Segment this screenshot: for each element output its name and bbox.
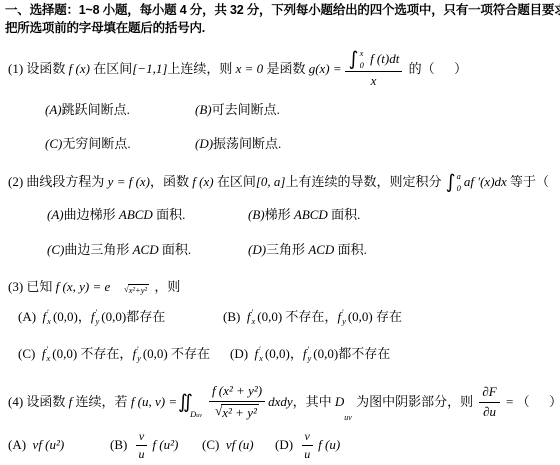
fx-prime: f′x — [247, 308, 257, 326]
exponent: √ x²+y² — [111, 273, 149, 306]
option-3B: (B) f′x (0,0) 不存在， f′y (0,0) 存在 — [223, 308, 402, 326]
q2-integrand: af ′(x)dx — [464, 174, 507, 190]
option-text: 面积. — [159, 242, 192, 258]
option-label: (B) — [223, 309, 247, 325]
q4-mid3-text: 为图中阴影部分，则 — [353, 394, 477, 410]
q1-integrand: f (t)dt — [367, 51, 400, 67]
q4-mid1-text: 连续，若 — [72, 394, 131, 410]
option-tail-text: 存在 — [373, 309, 402, 325]
arg-text: (0,0) — [101, 309, 126, 325]
section-header-line2: 把所选项前的字母填在题后的括号内. — [5, 21, 205, 37]
option-2D: (D) 三角形 ACD 面积. — [248, 242, 367, 258]
f-symbol: f — [91, 309, 95, 325]
question-2-stem: (2) 曲线段方程为 y = f (x) ，函数 f (x) 在区间 [0, a… — [8, 165, 560, 199]
fy-prime: f′y — [91, 308, 101, 326]
f-symbol: f — [132, 346, 136, 362]
radicand: x² + y² — [221, 404, 259, 421]
option-label: (D) — [230, 346, 255, 362]
denominator-u: u — [139, 446, 145, 462]
q1-options-row-1: (A) 跳跃间断点. (B) 可去间断点. — [45, 102, 280, 118]
f-symbol: f — [42, 346, 46, 362]
q4-pre-text: (4) 设函数 — [8, 394, 69, 410]
q3-f-equals-e: f (x, y) = e — [56, 279, 111, 295]
option-label: (A) — [8, 437, 33, 453]
numerator-v: v — [136, 429, 147, 446]
option-label: (C) — [47, 242, 64, 258]
fx-prime: f′x — [42, 345, 52, 363]
question-3-stem: (3) 已知 f (x, y) = e √ x²+y² ，则 — [8, 274, 180, 300]
q1-interval: [−1,1] — [132, 61, 167, 77]
option-3C: (C) f′x (0,0) 不存在， f′y (0,0) 不存在 — [18, 345, 230, 363]
option-text: 曲边梯形 — [64, 207, 119, 223]
option-label: (B) — [248, 207, 265, 223]
option-expression: f (u) — [315, 437, 340, 453]
q4-fraction: f (x² + y²) √ x² + y² — [209, 383, 265, 421]
option-tail-text: 都存在 — [126, 309, 165, 325]
option-mid-text: ， — [290, 346, 303, 362]
option-2A: (A) 曲边梯形 ABCD 面积. — [47, 207, 248, 223]
option-label: (C) — [18, 346, 42, 362]
q1-fx: f (x) — [69, 61, 90, 77]
option-text: 振荡间断点. — [213, 136, 281, 152]
option-text: 曲边三角形 — [64, 242, 132, 258]
q2-fx: f (x) — [192, 174, 213, 190]
q1-denominator: x — [371, 72, 377, 89]
option-text: 梯形 — [265, 207, 294, 223]
f-symbol: f — [247, 309, 251, 325]
option-3D: (D) f′x (0,0) ， f′y (0,0) 都不存在 — [230, 345, 390, 363]
arg-text: (0,0) — [265, 346, 290, 362]
option-label: (D) — [195, 136, 213, 152]
y-subscript: y — [342, 317, 346, 326]
fy-prime: f′y — [337, 308, 347, 326]
option-4B: (B) vu f (u²) — [110, 430, 202, 460]
option-expression: f (u²) — [149, 437, 178, 453]
q4-options-row: (A) vf (u²) (B) vu f (u²) (C) vf (u) (D)… — [8, 430, 340, 460]
option-mid-text: 不存在， — [282, 309, 337, 325]
x-subscript: x — [46, 354, 50, 363]
f-symbol: f — [43, 309, 47, 325]
q3-options-row-2: (C) f′x (0,0) 不存在， f′y (0,0) 不存在 (D) f′x… — [18, 345, 390, 363]
sup-sub-stack: ′x — [251, 308, 255, 326]
integral-sign: ∫ — [446, 173, 456, 192]
option-label: (A) — [47, 207, 64, 223]
option-text: 可去间断点. — [212, 102, 280, 118]
arg-text: (0,0) — [52, 346, 77, 362]
option-label: (C) — [202, 437, 226, 453]
option-tail-text: 都不存在 — [338, 346, 390, 362]
q1-x-equals-zero: x = 0 — [236, 61, 264, 77]
f-symbol: f — [303, 346, 307, 362]
option-1C: (C) 无穷间断点. — [45, 136, 195, 152]
option-math: ACD — [133, 242, 159, 258]
option-text: 跳跃间断点. — [62, 102, 130, 118]
q2-y-equals-fx: y = f (x) — [108, 174, 150, 190]
upper-limit: a — [457, 172, 461, 181]
q1-post-text: 的（ ） — [405, 61, 467, 77]
fx-prime: f′x — [255, 345, 265, 363]
q2-interval: [0, a] — [256, 174, 286, 190]
option-text: 面积. — [328, 207, 361, 223]
sqrt: √ x²+y² — [124, 284, 149, 296]
sup-sub-stack: ′y — [308, 345, 312, 363]
arg-text: (0,0) — [53, 309, 78, 325]
option-text: 三角形 — [266, 242, 308, 258]
option-label: (C) — [45, 136, 62, 152]
option-mid-text: 不存在， — [77, 346, 132, 362]
arg-text: (0,0) — [348, 309, 373, 325]
lower-limit: 0 — [360, 61, 364, 70]
region-d: D — [335, 394, 344, 410]
option-1A: (A) 跳跃间断点. — [45, 102, 195, 118]
q2-mid2-text: 在区间 — [214, 174, 256, 190]
arg-text: (0,0) — [143, 346, 168, 362]
q1-options-row-2: (C) 无穷间断点. (D) 振荡间断点. — [45, 136, 281, 152]
integral-domain-subscript: Duv — [190, 410, 202, 419]
option-4D: (D) vu f (u) — [275, 430, 340, 460]
option-label: (A) — [18, 309, 43, 325]
q3-options-row-1: (A) f′x (0,0) ， f′y (0,0) 都存在 (B) f′x (0… — [18, 308, 402, 326]
q4-mid2-text: ，其中 — [293, 394, 335, 410]
integral-limits: x 0 — [360, 49, 364, 70]
option-math: ABCD — [119, 207, 153, 223]
integral: ∫ x 0 — [349, 49, 366, 70]
sup-sub-stack: ′x — [47, 308, 51, 326]
option-text: 面积. — [153, 207, 186, 223]
upper-limit: x — [360, 49, 364, 58]
q2-post-text: 等于（ ） — [507, 174, 560, 190]
region-d-subscript: uv — [344, 413, 352, 423]
x-subscript: x — [47, 317, 51, 326]
x-subscript: x — [251, 317, 255, 326]
q4-post-text: = （ ） — [503, 394, 560, 410]
q2-options-row-2: (C) 曲边三角形 ACD 面积. (D) 三角形 ACD 面积. — [47, 242, 367, 258]
section-header-line1: 一、选择题：1~8 小题，每小题 4 分，共 32 分，下列每小题给出的四个选项… — [5, 3, 560, 19]
y-subscript: y — [137, 354, 141, 363]
q1-pre-text: (1) 设函数 — [8, 61, 69, 77]
y-subscript: y — [308, 354, 312, 363]
q2-mid1-text: ，函数 — [150, 174, 192, 190]
sup-sub-stack: ′y — [96, 308, 100, 326]
q3-pre-text: (3) 已知 — [8, 279, 56, 295]
f-symbol: f — [337, 309, 341, 325]
sup-sub-stack: ′y — [137, 345, 141, 363]
sup-sub-stack: ′x — [259, 345, 263, 363]
v-over-u-fraction: vu — [136, 429, 147, 462]
fy-prime: f′y — [132, 345, 142, 363]
radicand: x²+y² — [128, 284, 149, 296]
q2-options-row-1: (A) 曲边梯形 ABCD 面积. (B) 梯形 ABCD 面积. — [47, 207, 360, 223]
q1-g-equals: g(x) = — [309, 61, 342, 77]
q1-fraction: ∫ x 0 f (t)dt x — [345, 49, 403, 89]
option-expression: vf (u²) — [33, 437, 65, 453]
f-symbol: f — [255, 346, 259, 362]
fx-prime: f′x — [43, 308, 53, 326]
fy-prime: f′y — [303, 345, 313, 363]
q4-f-uv-equals: f (u, v) = — [131, 394, 177, 410]
arg-text: (0,0) — [257, 309, 282, 325]
arg-text: (0,0) — [313, 346, 338, 362]
q2-mid3-text: 上有连续的导数，则定积分 — [285, 174, 444, 190]
y-subscript: y — [96, 317, 100, 326]
numerator-v: v — [302, 429, 313, 446]
question-1-stem: (1) 设函数 f (x) 在区间 [−1,1] 上连续，则 x = 0 是函数… — [8, 46, 467, 92]
option-text: 无穷间断点. — [62, 136, 130, 152]
option-1B: (B) 可去间断点. — [195, 102, 280, 118]
q1-mid1-text: 在区间 — [90, 61, 132, 77]
sup-sub-stack: ′y — [342, 308, 346, 326]
option-2B: (B) 梯形 ABCD 面积. — [248, 207, 360, 223]
option-mid-text: ， — [78, 309, 91, 325]
option-2C: (C) 曲边三角形 ACD 面积. — [47, 242, 248, 258]
option-math: ABCD — [294, 207, 328, 223]
partial-derivative-fraction: ∂F ∂u — [479, 384, 499, 420]
option-4A: (A) vf (u²) — [8, 430, 110, 460]
q3-post-text: ，则 — [151, 279, 180, 295]
partial-f-numerator: ∂F — [479, 384, 499, 402]
option-label: (D) — [248, 242, 266, 258]
q1-mid2-text: 上连续，则 — [167, 61, 235, 77]
q4-numerator: f (x² + y²) — [209, 383, 265, 401]
integral: ∫ a 0 — [446, 172, 463, 193]
q4-dxdy: dxdy — [268, 394, 293, 410]
option-math: ACD — [308, 242, 334, 258]
option-label: (A) — [45, 102, 62, 118]
option-label: (B) — [195, 102, 212, 118]
option-3A: (A) f′x (0,0) ， f′y (0,0) 都存在 — [18, 308, 223, 326]
q2-pre-text: (2) 曲线段方程为 — [8, 174, 108, 190]
option-4C: (C) vf (u) — [202, 430, 275, 460]
option-text: 面积. — [334, 242, 367, 258]
option-label: (D) — [275, 437, 300, 453]
sup-sub-stack: ′x — [46, 345, 50, 363]
double-integral: ∬ Duv — [178, 393, 205, 412]
v-over-u-fraction: vu — [302, 429, 313, 462]
sqrt: √ x² + y² — [215, 403, 259, 421]
lower-limit: 0 — [457, 184, 461, 193]
option-1D: (D) 振荡间断点. — [195, 136, 281, 152]
denominator-u: u — [304, 446, 310, 462]
integral-sign: ∫ — [349, 50, 359, 69]
integral-limits: a 0 — [457, 172, 461, 193]
q4-denominator: √ x² + y² — [215, 402, 259, 421]
q1-mid3-text: 是函数 — [263, 61, 309, 77]
q1-numerator: ∫ x 0 f (t)dt — [345, 49, 403, 72]
option-tail-text: 不存在 — [168, 346, 210, 362]
question-4-stem: (4) 设函数 f 连续，若 f (u, v) = ∬ Duv f (x² + … — [8, 380, 560, 424]
option-label: (B) — [110, 437, 134, 453]
option-expression: vf (u) — [226, 437, 254, 453]
exam-document: 一、选择题：1~8 小题，每小题 4 分，共 32 分，下列每小题给出的四个选项… — [0, 0, 560, 465]
x-subscript: x — [259, 354, 263, 363]
partial-u-denominator: ∂u — [483, 403, 496, 420]
domain-uv: uv — [196, 413, 202, 419]
